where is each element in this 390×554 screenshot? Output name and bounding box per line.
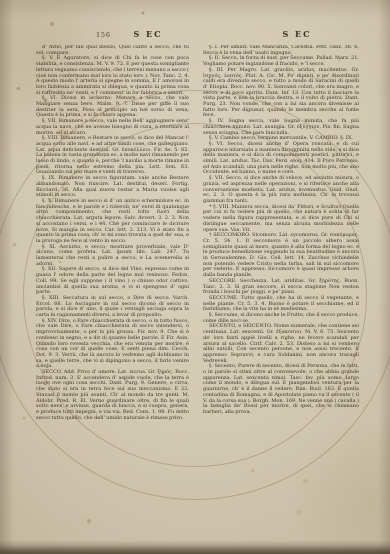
page-bottom-shadow xyxy=(0,545,390,554)
foxing-spot xyxy=(303,479,308,483)
text-column-right: §. I. Per similit. vale Mancanza, Carest… xyxy=(203,45,359,433)
foxing-spot xyxy=(50,22,54,26)
foxing-spot xyxy=(142,12,144,14)
text-column-left: d' Arno, per fali qual mezzo, Quel canto… xyxy=(36,45,189,447)
paragraph: §. Secento, Parere di secento, dicesi di… xyxy=(203,364,359,415)
page-number: 156 xyxy=(96,31,111,39)
paragraph: §. VII. Rimanere a secco, vale nelle Bel… xyxy=(36,119,189,136)
paragraph: SECENTO, e SEICENTO. Nome numerale, che … xyxy=(203,324,359,364)
paragraph: §. VI. Secco, dicesi anche d' Opera ronc… xyxy=(203,142,359,176)
paragraph: SECCUME. Tutto quello, che ha di secco i… xyxy=(203,296,359,313)
running-head-left: S EC xyxy=(113,29,183,39)
paragraph: §. IX. Rimanere in secco figuratam. vale… xyxy=(36,176,189,199)
paragraph: §. III. Per Magro. Lat. gracilis, aridus… xyxy=(203,68,359,119)
paragraph: SECCO. Add. Privo d' umore. Lat. siccus.… xyxy=(36,370,189,421)
running-head-right: S EC xyxy=(262,29,332,39)
foxing-spot xyxy=(251,469,254,472)
paragraph: §. V. E Aguratore, si dice di Chi fa le … xyxy=(36,56,189,96)
paragraph: §. XI. Asciutto, e secco; mostrare prove… xyxy=(36,245,189,268)
foxing-spot xyxy=(23,417,25,419)
paragraph: † SECCOMORO. Sicomoro. Lat. sycomorus. G… xyxy=(203,233,359,279)
paragraph: §. VIII. Rimanere, o Restare in secco, s… xyxy=(36,136,189,176)
foxing-spot xyxy=(296,510,302,515)
foxing-spot xyxy=(13,243,16,246)
paragraph: §. VII. Secco, si dice anche di veloce, … xyxy=(203,176,359,205)
foxing-spot xyxy=(87,519,91,523)
paragraph: §. XII. Sapere di secco, si dice del Vin… xyxy=(36,267,189,296)
paragraph: §. X. Rimanere in secco si d' un antico … xyxy=(36,199,189,245)
paragraph: §. IV. Sugna secca, vale Sugna minuta, c… xyxy=(203,119,359,136)
foxing-spot xyxy=(17,87,20,90)
paragraph: * §. VIII. Maniera secca, dicesi da' Pit… xyxy=(203,205,359,234)
scanned-book-page: 156 S EC S EC d' Arno, per fali qual mez… xyxy=(0,0,390,554)
paragraph: §. VI. Dicesi in ischerzo: Menare a secc… xyxy=(36,96,189,119)
paragraph: §. XIV. Dire, o Fare chiacchierata di se… xyxy=(36,319,189,370)
paragraph: SECCORE. Secchezza. Lat. ariditas. Gr. ξ… xyxy=(203,279,359,296)
paragraph: §. XIII. Seccatura in sul secco, o Dire … xyxy=(36,296,189,319)
